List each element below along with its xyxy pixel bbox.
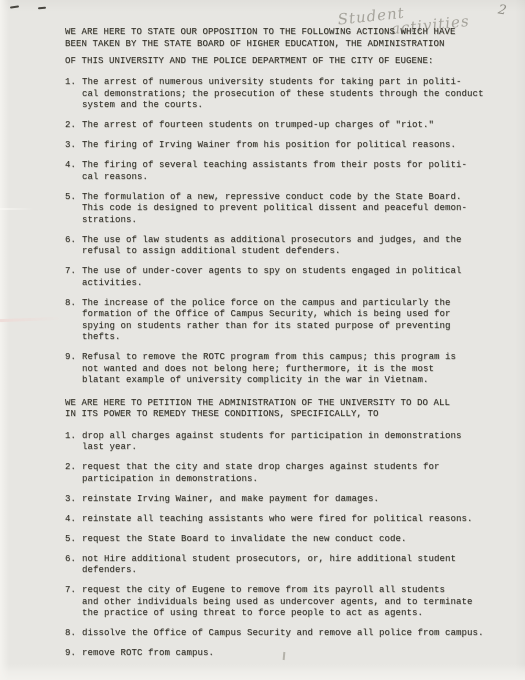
list-item: 1. drop all charges against students for… [65, 431, 489, 454]
item-number: 7. [65, 266, 82, 289]
list-item: 7. request the city of Eugene to remove … [65, 585, 489, 620]
item-number: 6. [65, 235, 82, 258]
list-item: 9. Refusal to remove the ROTC program fr… [65, 352, 489, 387]
item-number: 5. [65, 534, 82, 546]
list-item: 2. The arrest of fourteen students on tr… [65, 120, 489, 132]
item-text: reinstate Irving Wainer, and make paymen… [82, 494, 489, 506]
document-page: Student activities 2 WE ARE HERE TO STAT… [0, 0, 525, 680]
item-text: request the State Board to invalidate th… [82, 534, 489, 546]
item-text: request the city of Eugene to remove fro… [82, 585, 489, 620]
item-text: The use of under-cover agents to spy on … [82, 266, 489, 289]
list-item: 3. reinstate Irving Wainer, and make pay… [65, 494, 489, 506]
pencil-mark-left-2 [38, 7, 46, 10]
paper-crease-upper-left [0, 208, 34, 210]
opposition-intro-continued: OF THIS UNIVERSITY AND THE POLICE DEPART… [65, 56, 489, 68]
item-text: Refusal to remove the ROTC program from … [82, 352, 489, 387]
item-number: 3. [65, 494, 82, 506]
item-text: not Hire additional student prosecutors,… [82, 554, 489, 577]
document-content: WE ARE HERE TO STATE OUR OPPOSITION TO T… [65, 27, 489, 660]
list-item: 6. not Hire additional student prosecuto… [65, 554, 489, 577]
item-text: The use of law students as additional pr… [82, 235, 489, 258]
item-number: 2. [65, 120, 82, 132]
item-text: remove ROTC from campus. [82, 648, 489, 660]
item-text: drop all charges against students for pa… [82, 431, 489, 454]
item-text: The arrest of fourteen students on trump… [82, 120, 489, 132]
list-item: 8. The increase of the police force on t… [65, 298, 489, 344]
petition-list: 1. drop all charges against students for… [65, 431, 489, 660]
item-text: The firing of Irving Wainer from his pos… [82, 140, 489, 152]
list-item: 3. The firing of Irving Wainer from his … [65, 140, 489, 152]
item-text: The firing of several teaching assistant… [82, 160, 489, 183]
list-item: 1. The arrest of numerous university stu… [65, 77, 489, 112]
opposition-intro: WE ARE HERE TO STATE OUR OPPOSITION TO T… [65, 27, 489, 50]
item-text: request that the city and state drop cha… [82, 462, 489, 485]
item-number: 8. [65, 298, 82, 344]
item-text: The arrest of numerous university studen… [82, 77, 489, 112]
item-number: 1. [65, 431, 82, 454]
list-item: 2. request that the city and state drop … [65, 462, 489, 485]
item-number: 4. [65, 514, 82, 526]
list-item: 9. remove ROTC from campus. [65, 648, 489, 660]
item-text: dissolve the Office of Campus Security a… [82, 628, 489, 640]
item-text: The formulation of a new, repressive con… [82, 192, 489, 227]
item-number: 9. [65, 352, 82, 387]
petition-intro: WE ARE HERE TO PETITION THE ADMINISTRATI… [65, 398, 489, 421]
list-item: 4. The firing of several teaching assist… [65, 160, 489, 183]
item-number: 5. [65, 192, 82, 227]
item-number: 2. [65, 462, 82, 485]
list-item: 5. request the State Board to invalidate… [65, 534, 489, 546]
item-text: reinstate all teaching assistants who we… [82, 514, 489, 526]
list-item: 6. The use of law students as additional… [65, 235, 489, 258]
list-item: 5. The formulation of a new, repressive … [65, 192, 489, 227]
item-number: 4. [65, 160, 82, 183]
item-text: The increase of the police force on the … [82, 298, 489, 344]
paper-crease-left [0, 317, 62, 322]
item-number: 9. [65, 648, 82, 660]
item-number: 1. [65, 77, 82, 112]
item-number: 6. [65, 554, 82, 577]
list-item: 8. dissolve the Office of Campus Securit… [65, 628, 489, 640]
pencil-mark-left-1 [10, 5, 19, 8]
item-number: 7. [65, 585, 82, 620]
item-number: 3. [65, 140, 82, 152]
item-number: 8. [65, 628, 82, 640]
list-item: 7. The use of under-cover agents to spy … [65, 266, 489, 289]
opposition-list: 1. The arrest of numerous university stu… [65, 77, 489, 387]
list-item: 4. reinstate all teaching assistants who… [65, 514, 489, 526]
